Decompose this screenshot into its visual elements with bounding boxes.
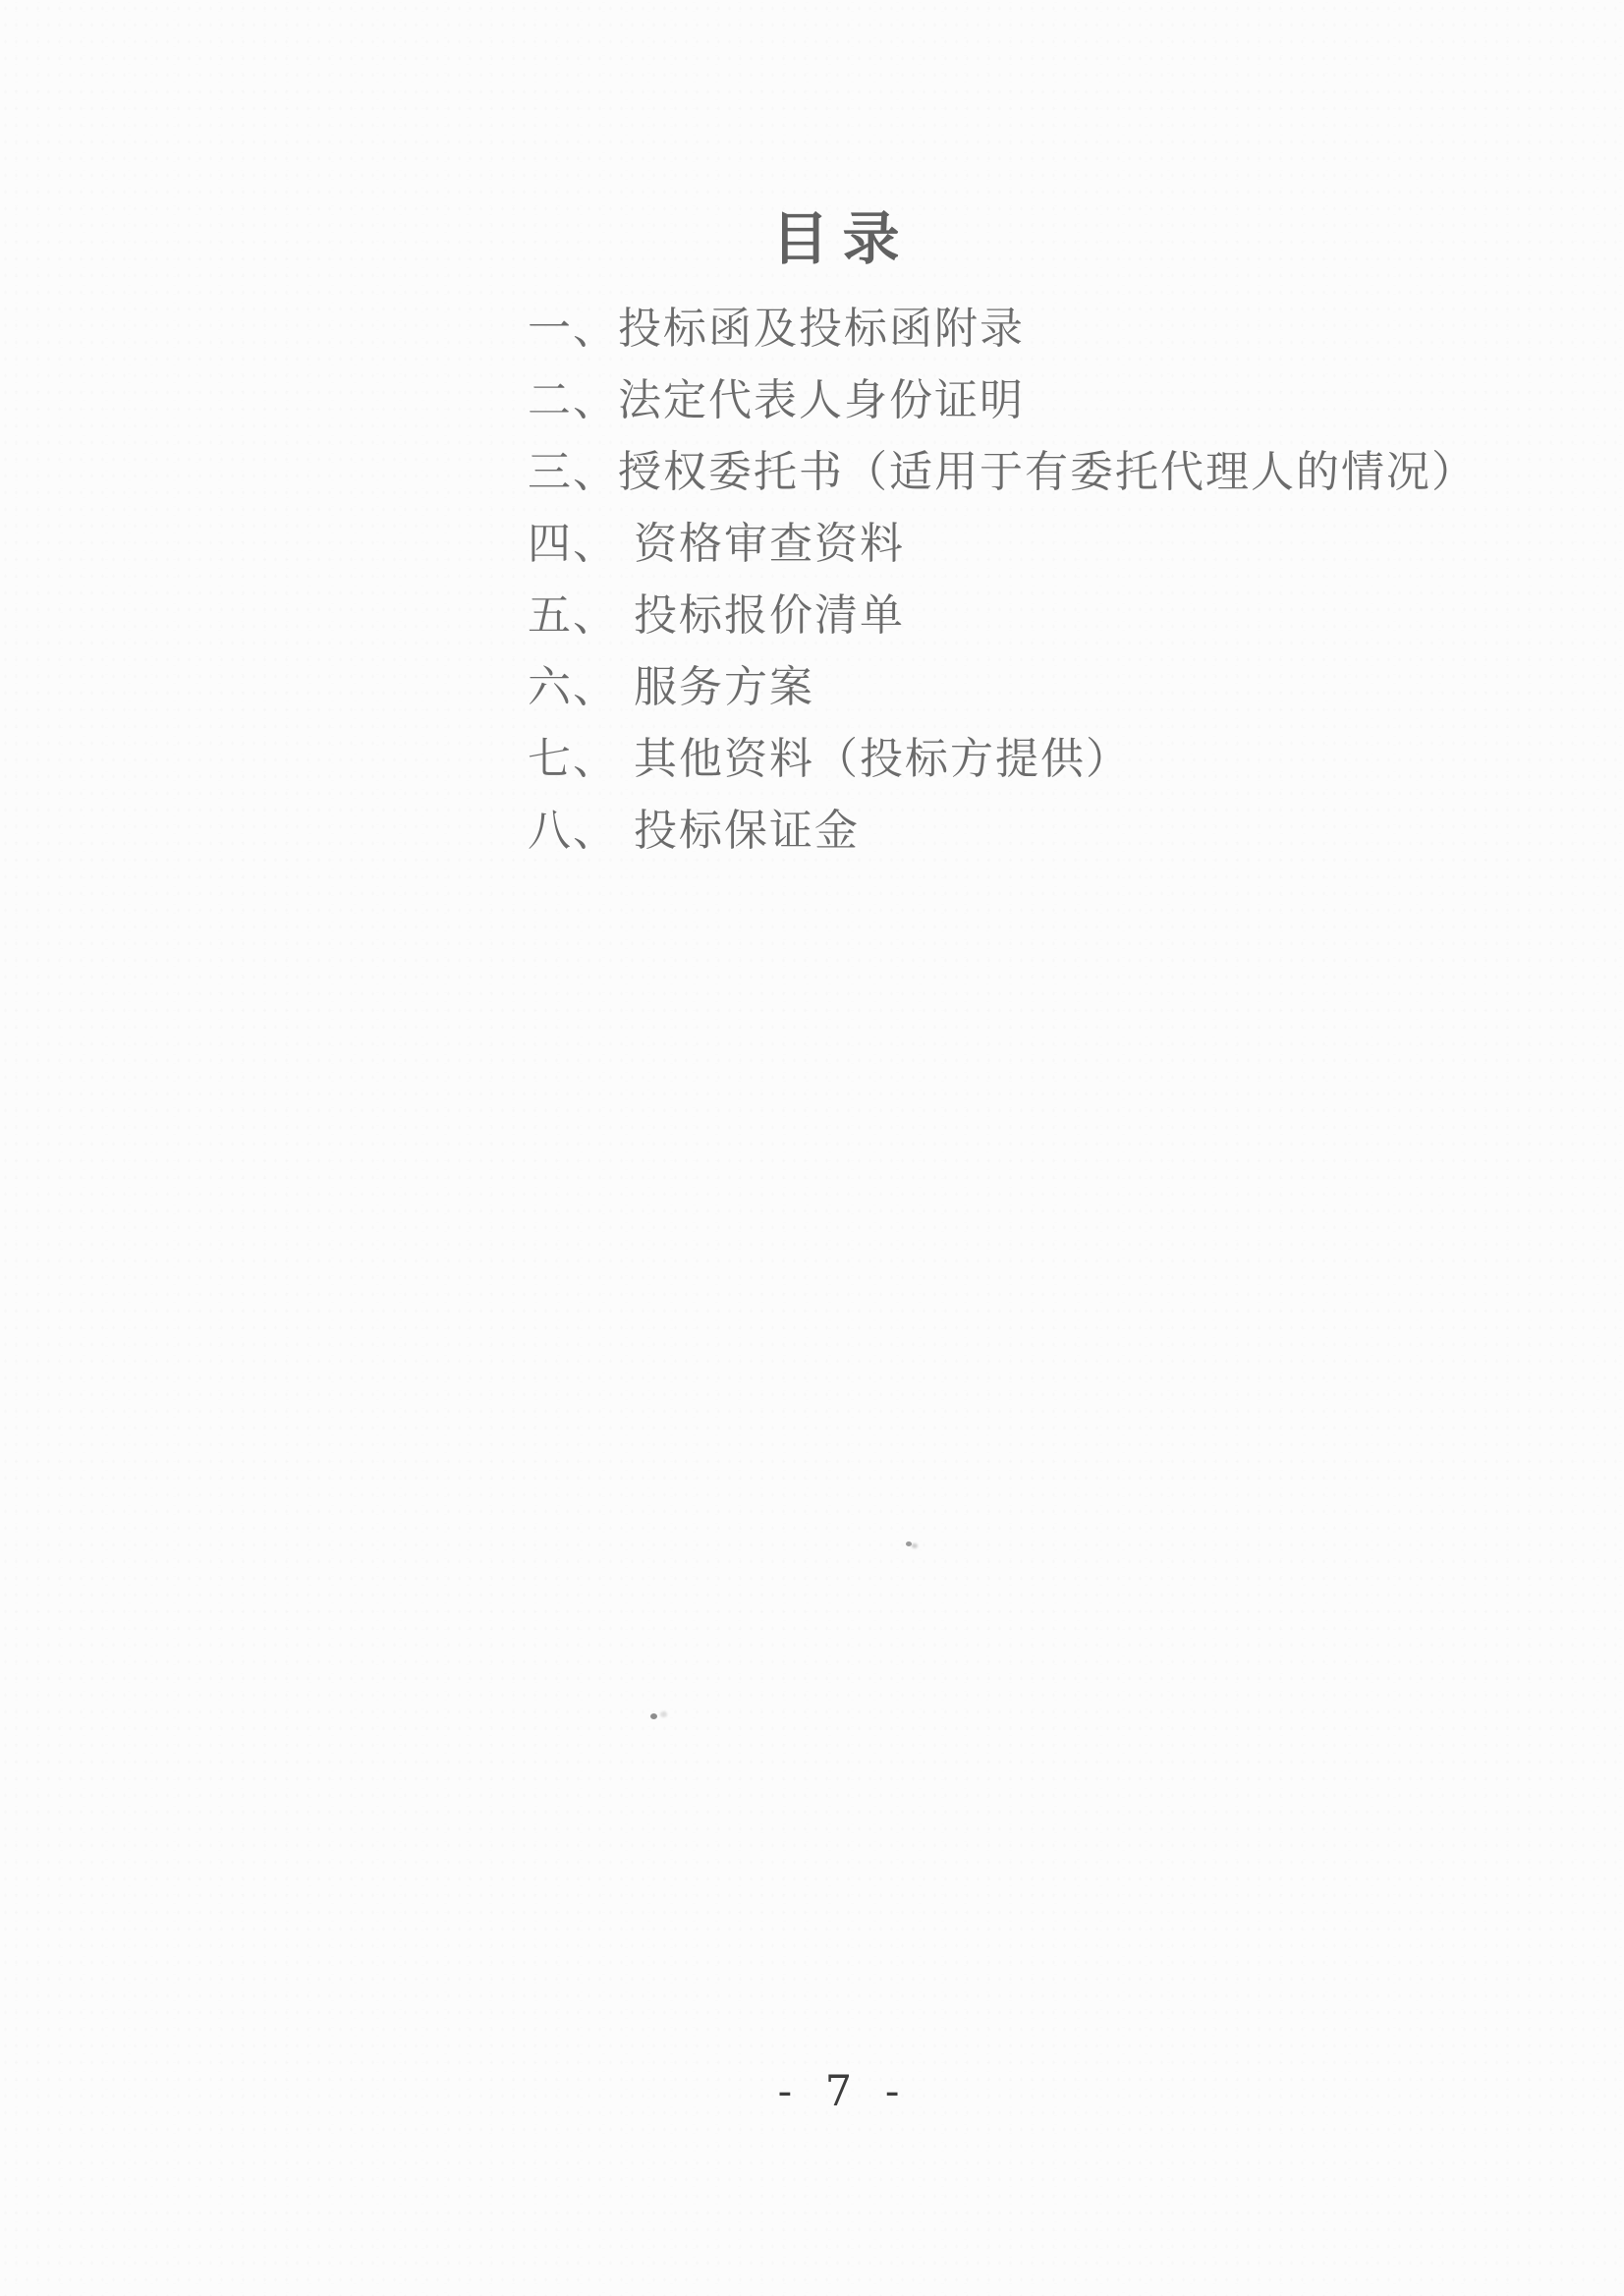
toc-item-number: 四、 xyxy=(528,508,618,580)
toc-item-label: 授权委托书（适用于有委托代理人的情况） xyxy=(618,447,1477,497)
toc-item-label: 投标函及投标函附录 xyxy=(618,304,1025,354)
toc-item-label: 服务方案 xyxy=(618,662,814,712)
toc-item-6: 六、 服务方案 xyxy=(528,651,1477,723)
toc-item-label: 投标保证金 xyxy=(618,806,860,856)
toc-item-label: 法定代表人身份证明 xyxy=(618,375,1025,425)
page-title: 目录 xyxy=(30,204,1624,273)
toc-item-3: 三、授权委托书（适用于有委托代理人的情况） xyxy=(528,436,1477,508)
page-number: - 7 - xyxy=(31,2067,1624,2116)
toc-item-label: 资格审查资料 xyxy=(618,519,905,569)
scan-speck xyxy=(906,1541,912,1546)
toc-item-number: 六、 xyxy=(528,651,618,723)
toc-item-label: 投标报价清单 xyxy=(618,590,905,641)
toc-item-number: 二、 xyxy=(528,364,618,436)
scan-speck xyxy=(650,1713,657,1719)
toc-item-5: 五、 投标报价清单 xyxy=(528,580,1477,651)
toc-item-2: 二、法定代表人身份证明 xyxy=(528,364,1477,436)
toc-item-7: 七、 其他资料（投标方提供） xyxy=(528,723,1477,795)
toc-item-number: 五、 xyxy=(528,580,618,651)
toc-item-number: 八、 xyxy=(528,795,618,867)
toc-item-4: 四、 资格审查资料 xyxy=(528,508,1477,580)
toc-item-label: 其他资料（投标方提供） xyxy=(618,734,1131,784)
toc-item-8: 八、 投标保证金 xyxy=(528,795,1477,867)
toc-item-number: 七、 xyxy=(528,723,618,795)
document-page: 目录 一、投标函及投标函附录 二、法定代表人身份证明 三、授权委托书（适用于有委… xyxy=(0,0,1624,2296)
toc-item-number: 三、 xyxy=(528,436,618,508)
toc-item-1: 一、投标函及投标函附录 xyxy=(528,293,1477,364)
toc-item-number: 一、 xyxy=(528,293,618,364)
toc-list: 一、投标函及投标函附录 二、法定代表人身份证明 三、授权委托书（适用于有委托代理… xyxy=(528,293,1477,867)
